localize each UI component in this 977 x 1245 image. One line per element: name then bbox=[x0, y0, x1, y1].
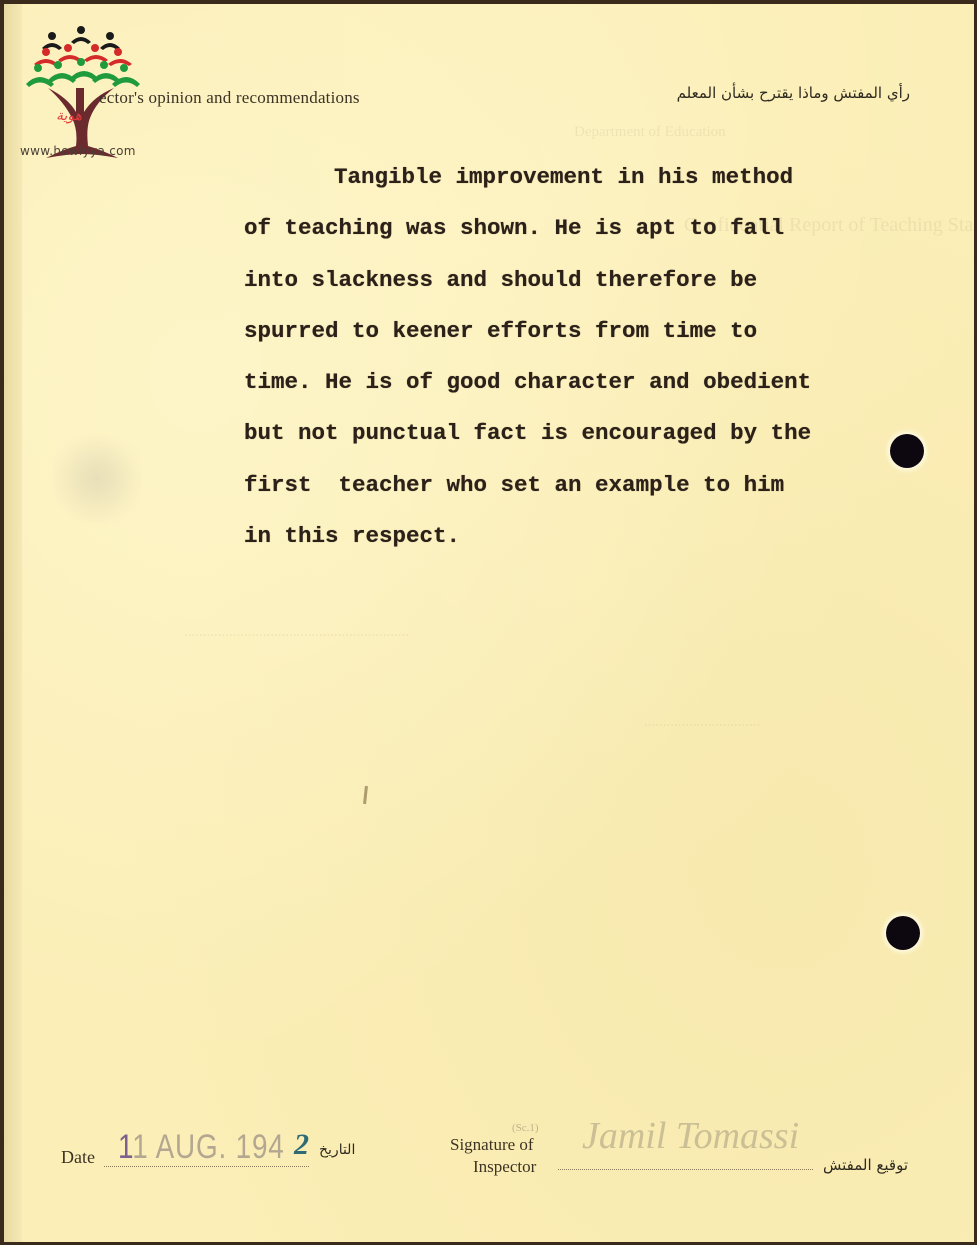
signature-dotted-line bbox=[558, 1169, 813, 1170]
date-stamp-first-digit: 1 bbox=[118, 1128, 132, 1166]
pencil-mark bbox=[363, 786, 368, 804]
bleed-through-text: ........................................… bbox=[184, 624, 409, 641]
page-edge bbox=[4, 4, 22, 1242]
section-title-en: ector's opinion and recommendations bbox=[99, 88, 360, 108]
typed-line: but not punctual fact is encouraged by t… bbox=[244, 408, 904, 459]
typed-line: in this respect. bbox=[244, 511, 904, 562]
typed-report-body: Tangible improvement in his method of te… bbox=[244, 152, 904, 562]
typed-line: of teaching was shown. He is apt to fall bbox=[244, 203, 904, 254]
signature-label: Signature of Inspector bbox=[450, 1134, 565, 1178]
typed-line: time. He is of good character and obedie… bbox=[244, 357, 904, 408]
footer-signature-row: Date 11 AUG. 194 2 التاريخ (Sc.1) Jamil … bbox=[4, 1114, 974, 1194]
bleed-through-text: Department of Education bbox=[574, 124, 726, 141]
signature-label-line1: Signature of bbox=[450, 1134, 565, 1156]
bleed-through-text: ............................... bbox=[644, 714, 760, 731]
signature-pencil-note: (Sc.1) bbox=[512, 1122, 539, 1134]
inspector-signature: Jamil Tomassi bbox=[582, 1114, 799, 1158]
date-handwritten-digit: 2 bbox=[294, 1128, 309, 1162]
document-page: Department of Education Confidential Rep… bbox=[4, 4, 974, 1242]
date-label: Date bbox=[61, 1147, 95, 1168]
section-title-ar: رأي المفتش وماذا يقترح بشأن المعلم bbox=[677, 84, 910, 102]
svg-text:هوية: هوية bbox=[56, 108, 83, 124]
date-stamp-rest: 1 AUG. 194 bbox=[132, 1128, 284, 1166]
date-label-ar: التاريخ bbox=[319, 1142, 355, 1158]
typed-line: spurred to keener efforts from time to bbox=[244, 306, 904, 357]
watermark-url: www.howiyya.com bbox=[20, 144, 136, 158]
typed-line: first teacher who set an example to him bbox=[244, 460, 904, 511]
typed-line: into slackness and should therefore be bbox=[244, 255, 904, 306]
punch-hole-icon bbox=[886, 916, 920, 950]
typed-line: Tangible improvement in his method bbox=[244, 152, 904, 203]
date-stamp: 11 AUG. 194 bbox=[118, 1128, 285, 1167]
punch-hole-icon bbox=[890, 434, 924, 468]
signature-label-line2: Inspector bbox=[450, 1156, 565, 1178]
paper-smudge bbox=[52, 434, 142, 524]
signature-label-ar: توقيع المفتش bbox=[823, 1156, 908, 1174]
